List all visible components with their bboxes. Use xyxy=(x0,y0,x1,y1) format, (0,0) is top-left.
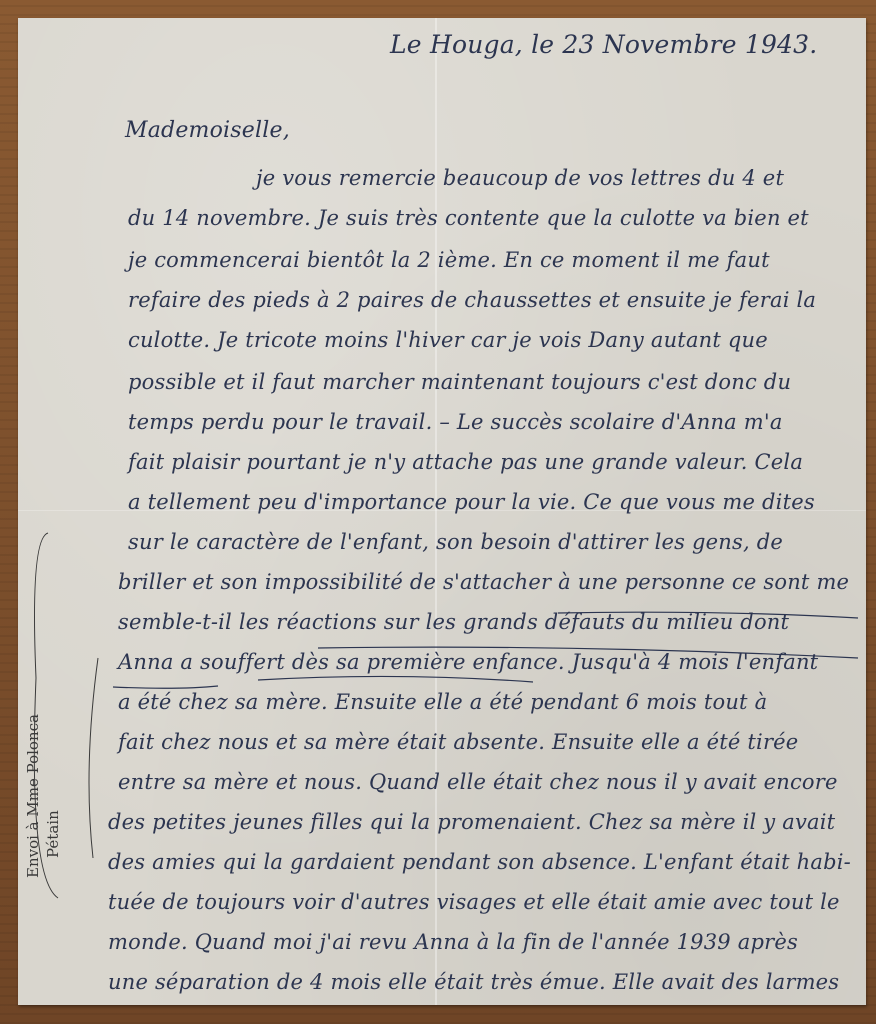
margin-annotation: Envoi à Mme Polonca Pétain xyxy=(24,714,62,878)
letter-paper: Le Houga, le 23 Novembre 1943. Mademoise… xyxy=(18,18,866,1005)
margin-annotation-line-2: Pétain xyxy=(44,714,62,858)
underline-strokes xyxy=(18,18,866,1005)
margin-annotation-line-1: Envoi à Mme Polonca xyxy=(24,714,42,878)
